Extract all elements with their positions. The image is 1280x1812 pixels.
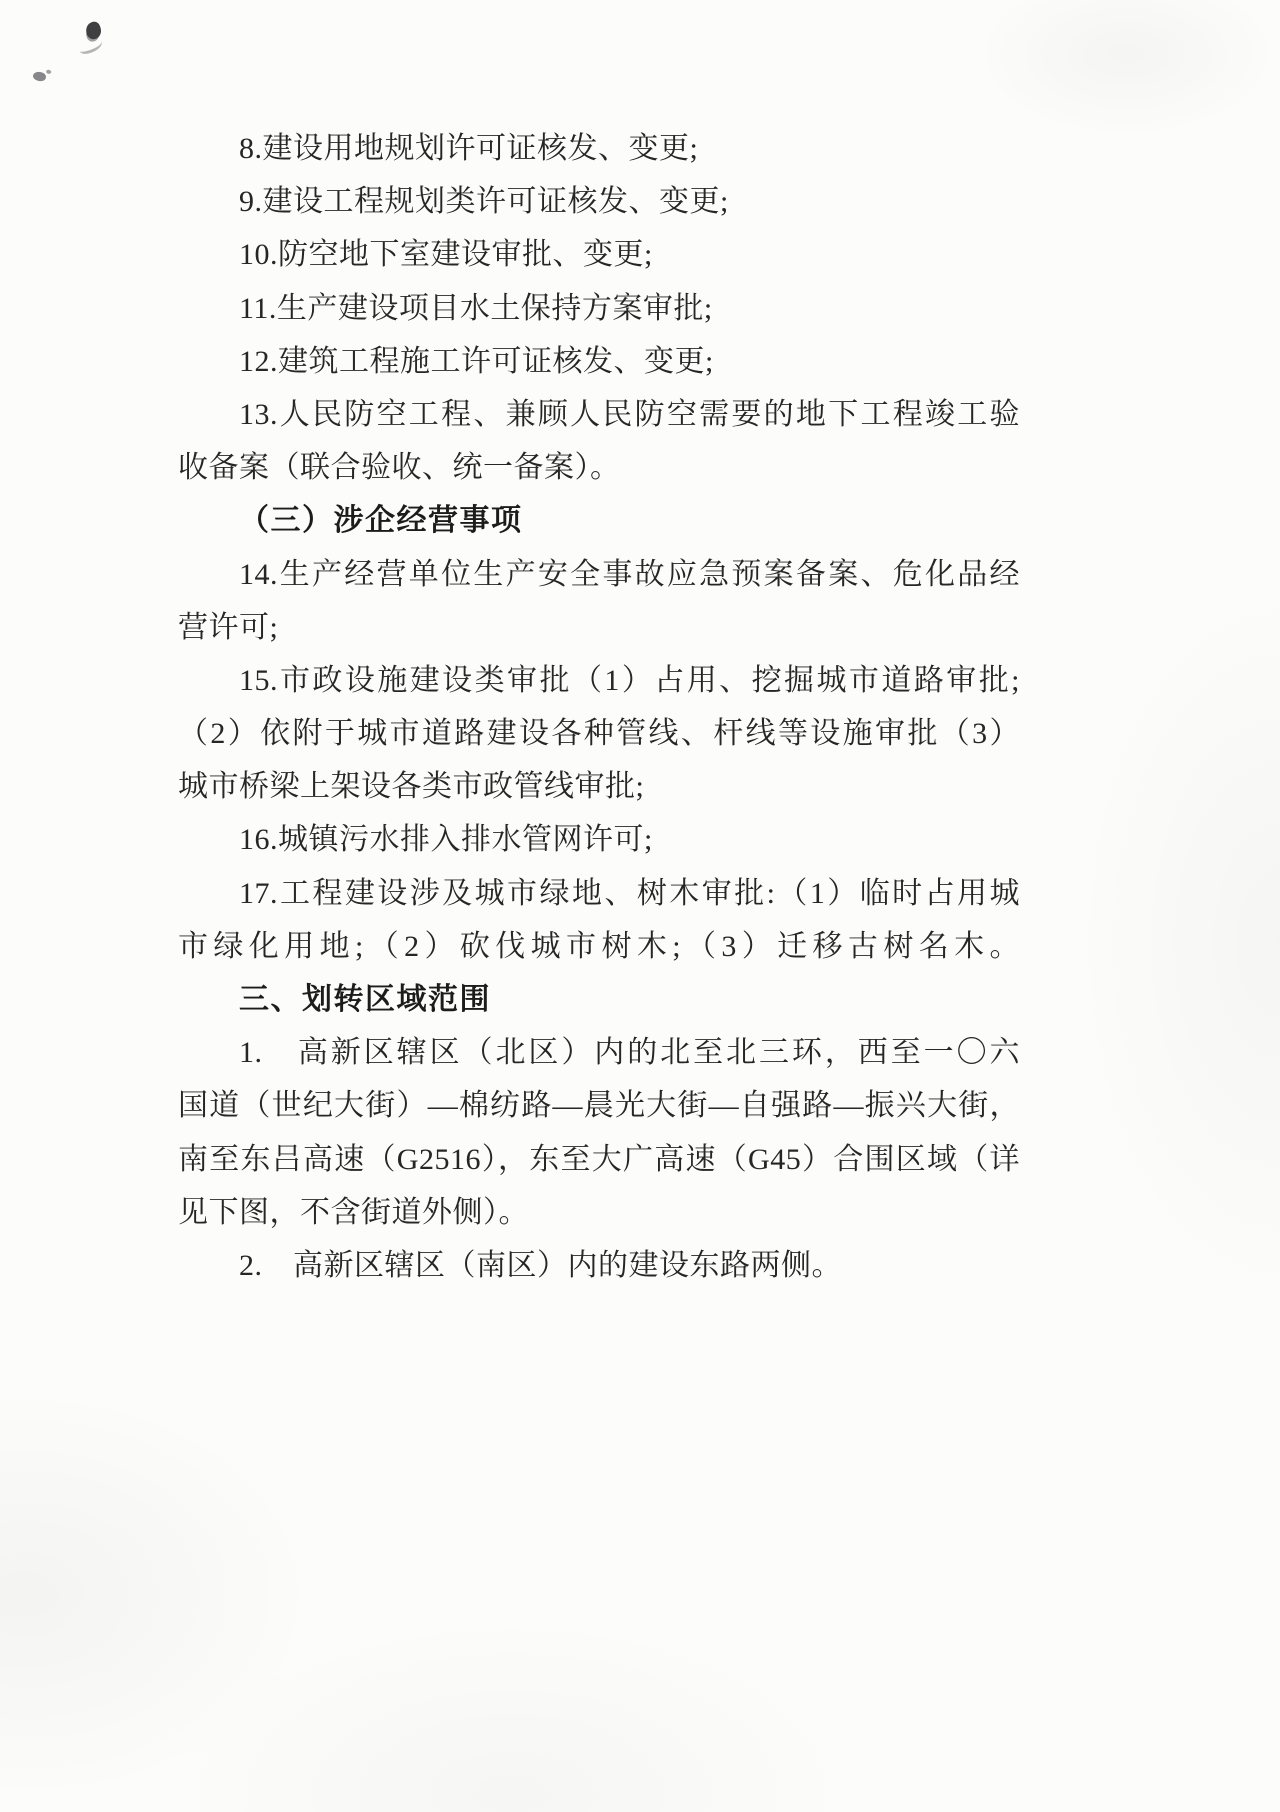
- item-11: 11.生产建设项目水土保持方案审批;: [178, 282, 1020, 335]
- document-page: 8.建设用地规划许可证核发、变更;9.建设工程规划类许可证核发、变更;10.防空…: [0, 0, 1280, 1812]
- item-9: 9.建设工程规划类许可证核发、变更;: [178, 175, 1020, 228]
- item-15-line-1: 15.市政设施建设类审批（1）占用、挖掘城市道路审批;: [178, 654, 1020, 707]
- ink-speck: [84, 20, 104, 41]
- item-15-line-3: 城市桥梁上架设各类市政管线审批;: [178, 760, 1020, 813]
- item-1-line-1: 1. 高新区辖区（北区）内的北至北三环，西至一〇六: [178, 1026, 1020, 1079]
- item-2: 2. 高新区辖区（南区）内的建设东路两侧。: [178, 1239, 1020, 1292]
- item-12: 12.建筑工程施工许可证核发、变更;: [178, 335, 1020, 388]
- item-10: 10.防空地下室建设审批、变更;: [178, 228, 1020, 281]
- item-14-line-1: 14.生产经营单位生产安全事故应急预案备案、危化品经: [178, 548, 1020, 601]
- item-17-line-1: 17.工程建设涉及城市绿地、树木审批:（1）临时占用城: [178, 867, 1020, 920]
- item-13-line-2: 收备案（联合验收、统一备案）。: [178, 441, 1020, 494]
- heading-section-3: 三、划转区域范围: [178, 973, 1020, 1026]
- document-text-block: 8.建设用地规划许可证核发、变更;9.建设工程规划类许可证核发、变更;10.防空…: [178, 122, 1020, 1292]
- ink-speck: [32, 71, 47, 83]
- item-1-line-2: 国道（世纪大街）—棉纺路—晨光大街—自强路—振兴大街，: [178, 1079, 1020, 1132]
- item-1-line-4: 见下图，不含街道外侧）。: [178, 1186, 1020, 1239]
- item-8: 8.建设用地规划许可证核发、变更;: [178, 122, 1020, 175]
- item-15-line-2: （2）依附于城市道路建设各种管线、杆线等设施审批（3）: [178, 707, 1020, 760]
- heading-subsection-3: （三）涉企经营事项: [178, 494, 1020, 547]
- item-17-line-2: 市绿化用地;（2）砍伐城市树木;（3）迁移古树名木。: [178, 920, 1020, 973]
- item-16: 16.城镇污水排入排水管网许可;: [178, 813, 1020, 866]
- item-1-line-3: 南至东吕高速（G2516），东至大广高速（G45）合围区域（详: [178, 1133, 1020, 1186]
- item-14-line-2: 营许可;: [178, 601, 1020, 654]
- item-13-line-1: 13.人民防空工程、兼顾人民防空需要的地下工程竣工验: [178, 388, 1020, 441]
